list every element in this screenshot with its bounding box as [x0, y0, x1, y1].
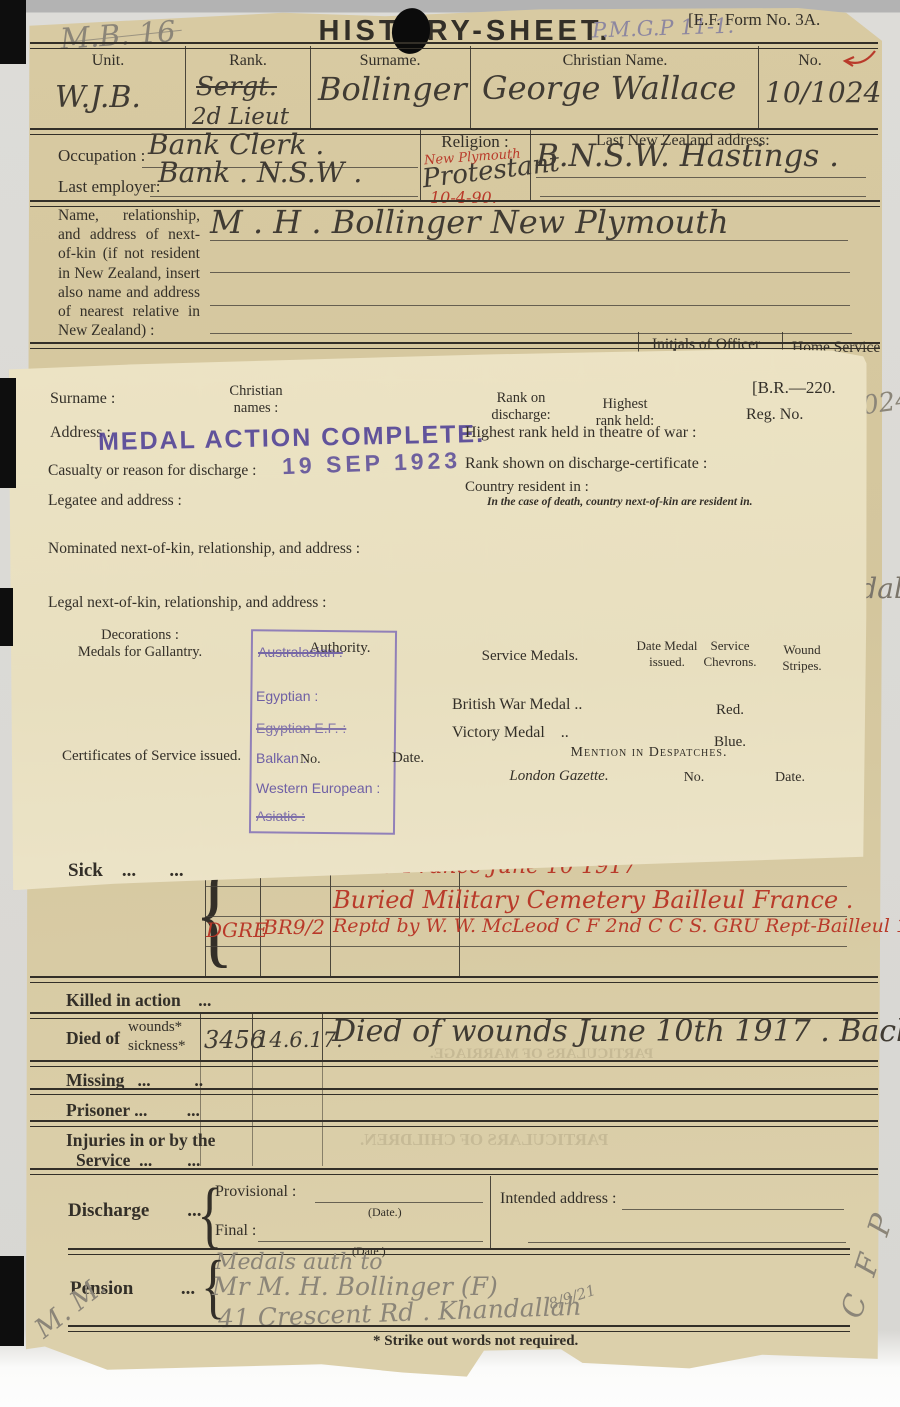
surname2-label: Surname : — [50, 390, 115, 408]
reg-no-label: Reg. No. — [746, 406, 803, 424]
occupation-label: Occupation : — [58, 146, 145, 166]
certificates-date-header: Date. — [392, 750, 424, 767]
sick-entry-3-text: Reptd by W. W. McLeod C F 2nd C C S. GRU… — [333, 915, 900, 937]
discharge-cert-rank-label: Rank shown on discharge-certificate : — [465, 455, 707, 473]
next-of-kin-label: Name, relationship, and address of next-… — [58, 206, 200, 341]
authority-balkan: Balkan : — [256, 750, 307, 766]
service-number-value: 10/1024 — [765, 76, 881, 109]
next-of-kin-value: M . H . Bollinger New Plymouth — [210, 203, 729, 241]
prisoner-label: Prisoner ... ... — [66, 1100, 200, 1121]
sick-entry-3-col2: BR9/2 — [263, 915, 325, 939]
authority-egyptian-ef: Egyptian E.F. : — [256, 720, 346, 736]
unit-value: W.J.B. — [55, 80, 141, 115]
christian-name-value: George Wallace — [482, 69, 736, 107]
died-sickness-option: sickness* — [128, 1038, 186, 1055]
scan-edge-artifact — [0, 1256, 24, 1346]
injuries-label-line2: Service ... ... — [76, 1150, 200, 1171]
intended-address-label: Intended address : — [500, 1190, 616, 1208]
sick-entry-2: Buried Military Cemetery Bailleul France… — [333, 886, 853, 914]
scanned-history-sheet: M.B. 16 HISTORY-SHEET. P.M.G.P 11-1. [E.… — [0, 0, 900, 1407]
london-gazette-header: London Gazette. — [470, 768, 648, 785]
surname-value: Bollinger — [318, 70, 467, 108]
col-no: No. — [775, 52, 845, 70]
col-rank: Rank. — [198, 52, 298, 70]
authority-asiatic: Asiatic : — [256, 808, 305, 824]
date-medal-issued-header: Date Medalissued. — [634, 638, 700, 669]
mention-despatches-header: Mention in Despatches. — [453, 745, 845, 761]
strike-out-footer: * Strike out words not required. — [373, 1333, 578, 1350]
wound-stripes-header: WoundStripes. — [760, 642, 844, 673]
sick-label: Sick ... ... — [68, 860, 184, 882]
rank-value-new: 2d Lieut — [192, 104, 289, 130]
killed-in-action-label: Killed in action ... — [66, 990, 211, 1011]
col-surname: Surname. — [330, 52, 450, 70]
bleed-through-text: PARTICULARS OF CHILDREN. — [360, 1130, 608, 1150]
sick-entry-3-col1: DGRE — [206, 918, 268, 942]
br-form-reference: [B.R.—220. — [752, 378, 836, 398]
col-unit: Unit. — [58, 52, 158, 70]
medal-british-war: British War Medal .. — [452, 696, 582, 714]
injuries-label-line1: Injuries in or by the — [66, 1130, 215, 1151]
country-resident-label: Country resident in : — [465, 479, 589, 496]
legal-nok-label: Legal next-of-kin, relationship, and add… — [48, 594, 327, 612]
missing-label: Missing ... .. — [66, 1070, 203, 1091]
col-christian-name: Christian Name. — [540, 52, 690, 70]
died-wounds-option: wounds* — [128, 1019, 182, 1036]
died-date: 14.6.17. — [256, 1028, 343, 1052]
theatre-rank-label: Highest rank held in theatre of war : — [465, 424, 696, 442]
christian2-label: Christiannames : — [222, 383, 290, 416]
red-arrow-mark — [842, 48, 878, 70]
service-chevrons-header: ServiceChevrons. — [700, 638, 760, 669]
decorations-header: Decorations :Medals for Gallantry. — [60, 627, 220, 662]
medal-victory: Victory Medal .. — [452, 724, 569, 742]
scan-edge-artifact — [0, 588, 13, 646]
provisional-label: Provisional : — [215, 1183, 296, 1201]
rank-on-discharge-label: Rank ondischarge: — [482, 390, 560, 423]
chevron-red: Red. — [702, 702, 758, 719]
final-date-caption: (Date.) — [352, 1244, 386, 1259]
mention-date-header: Date. — [740, 770, 840, 786]
form-reference: [E.F. Form No. 3A. — [688, 10, 820, 30]
authority-western-european: Western European : — [256, 780, 380, 796]
casualty-label: Casualty or reason for discharge : — [48, 462, 256, 480]
bleed-through-text: PARTICULARS OF MARRIAGE. — [430, 1046, 653, 1063]
final-label: Final : — [215, 1222, 256, 1240]
authority-egyptian: Egyptian : — [256, 688, 318, 704]
nominated-nok-label: Nominated next-of-kin, relationship, and… — [48, 540, 360, 558]
mention-no-header: No. — [648, 770, 740, 786]
legatee-label: Legatee and address : — [48, 492, 182, 510]
scan-edge-artifact — [0, 0, 26, 64]
service-medals-header: Service Medals. — [440, 648, 620, 665]
scan-edge-artifact — [0, 378, 16, 488]
country-resident-note: In the case of death, country next-of-ki… — [487, 496, 752, 508]
died-entry-text: Died of wounds June 10th 1917 . Back . — [332, 1014, 900, 1049]
last-nz-address-value: B.N.S.W. Hastings . — [536, 138, 839, 174]
certificates-label: Certificates of Service issued. — [62, 748, 241, 765]
last-employer-value: Bank . N.S.W . — [158, 156, 362, 189]
provisional-date-caption: (Date.) — [368, 1205, 402, 1220]
died-of-label: Died of — [66, 1028, 120, 1049]
discharge-label: Discharge ... — [68, 1200, 202, 1222]
rank-value-struck: Sergt. — [196, 72, 277, 102]
certificates-no-header: No. — [300, 752, 321, 768]
authority-australasian: Australasian : — [258, 644, 343, 660]
last-employer-label: Last employer: — [58, 177, 160, 197]
